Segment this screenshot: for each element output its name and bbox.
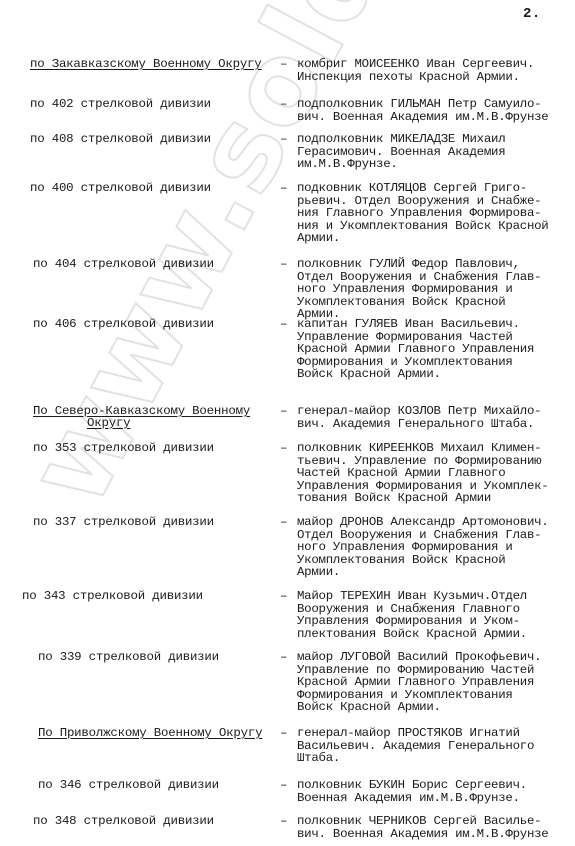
officer-assignment: генерал-майор ПРОСТЯКОВ Игнатий Васильев… — [297, 727, 575, 765]
dash-separator: – — [280, 590, 287, 602]
unit-name-continued: Округу — [33, 417, 250, 429]
officer-assignment: подполковник ГИЛЬМАН Петр Самуило- вич. … — [297, 98, 575, 123]
officer-assignment: полковник ГУЛИЙ Федор Павлович, Отдел Во… — [297, 258, 575, 321]
division-label: по 339 стрелковой дивизии — [38, 651, 219, 663]
unit-name: по 404 стрелковой дивизии — [33, 257, 214, 271]
unit-name: по 406 стрелковой дивизии — [33, 317, 214, 331]
officer-assignment: Майор ТЕРЕХИН Иван Кузьмич.Отдел Вооруже… — [297, 590, 575, 640]
officer-assignment: полковник КИРЕЕНКОВ Михаил Климен- тьеви… — [297, 442, 575, 505]
division-label: по 408 стрелковой дивизии — [30, 133, 211, 145]
division-label: по 406 стрелковой дивизии — [33, 318, 214, 330]
officer-assignment: генерал-майор КОЗЛОВ Петр Михайло- вич. … — [297, 405, 575, 430]
military-district-label: По Северо-Кавказскому ВоенномуОкругу — [33, 405, 250, 429]
division-label: по 400 стрелковой дивизии — [30, 182, 211, 194]
dash-separator: – — [280, 727, 287, 739]
unit-name: по 402 стрелковой дивизии — [30, 97, 211, 111]
unit-name: по 353 стрелковой дивизии — [33, 441, 214, 455]
officer-assignment: майор ЛУГОВОЙ Василий Прокофьевич. Управ… — [297, 651, 575, 714]
division-label: по 348 стрелковой дивизии — [33, 815, 214, 827]
dash-separator: – — [280, 58, 287, 70]
unit-name: по 348 стрелковой дивизии — [33, 814, 214, 828]
unit-name: По Приволжскому Военному Округу — [38, 726, 262, 740]
officer-assignment: подполковник МИКЕЛАДЗЕ Михаил Герасимови… — [297, 133, 575, 171]
dash-separator: – — [280, 405, 287, 417]
officer-assignment: полковник ЧЕРНИКОВ Сергей Василье- вич. … — [297, 815, 575, 840]
division-label: по 402 стрелковой дивизии — [30, 98, 211, 110]
dash-separator: – — [280, 651, 287, 663]
dash-separator: – — [280, 182, 287, 194]
dash-separator: – — [280, 133, 287, 145]
dash-separator: – — [280, 779, 287, 791]
page-number: 2. — [523, 6, 541, 22]
dash-separator: – — [280, 442, 287, 454]
officer-assignment: подковник КОТЛЯЦОВ Сергей Григо- рьевич.… — [297, 182, 575, 245]
document-page: www.soldat.ru 2. по Закавказскому Военно… — [0, 0, 575, 846]
officer-assignment: капитан ГУЛЯЕВ Иван Васильевич. Управлен… — [297, 318, 575, 381]
dash-separator: – — [280, 318, 287, 330]
military-district-label: По Приволжскому Военному Округу — [38, 727, 262, 739]
officer-assignment: комбриг МОИСЕЕНКО Иван Сергеевич. Инспек… — [297, 58, 575, 83]
division-label: по 343 стрелковой дивизии — [22, 590, 203, 602]
unit-name: по 337 стрелковой дивизии — [33, 515, 214, 529]
division-label: по 337 стрелковой дивизии — [33, 516, 214, 528]
unit-name: по 408 стрелковой дивизии — [30, 132, 211, 146]
dash-separator: – — [280, 815, 287, 827]
division-label: по 346 стрелковой дивизии — [38, 779, 219, 791]
division-label: по 404 стрелковой дивизии — [33, 258, 214, 270]
military-district-label: по Закавказскому Военному Округу — [30, 58, 262, 70]
officer-assignment: майор ДРОНОВ Александр Артомонович. Отде… — [297, 516, 575, 579]
division-label: по 353 стрелковой дивизии — [33, 442, 214, 454]
dash-separator: – — [280, 98, 287, 110]
dash-separator: – — [280, 258, 287, 270]
officer-assignment: полковник БУКИН Борис Сергеевич. Военная… — [297, 779, 575, 804]
dash-separator: – — [280, 516, 287, 528]
unit-name: по 400 стрелковой дивизии — [30, 181, 211, 195]
unit-name: по 339 стрелковой дивизии — [38, 650, 219, 664]
unit-name: по 343 стрелковой дивизии — [22, 589, 203, 603]
unit-name: по 346 стрелковой дивизии — [38, 778, 219, 792]
unit-name: по Закавказскому Военному Округу — [30, 57, 262, 71]
unit-name: По Северо-Кавказскому Военному — [33, 404, 250, 418]
